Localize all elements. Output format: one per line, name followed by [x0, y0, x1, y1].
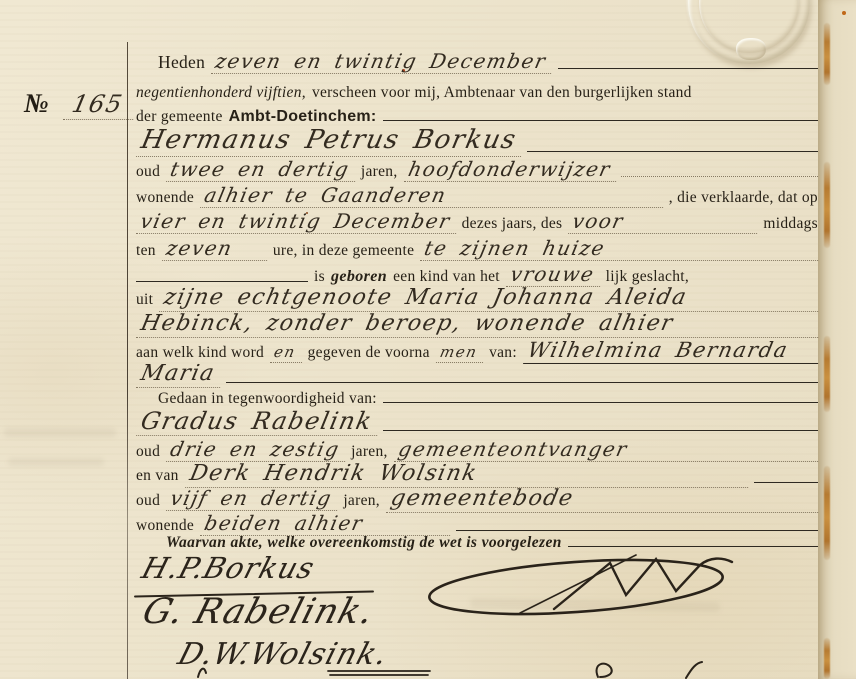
- bleedthrough-mark: [4, 428, 116, 437]
- next-act-partial-strokes: [138, 660, 738, 678]
- signature-declarant: H.P.Borkus: [138, 551, 319, 585]
- handwritten-age: twee en dertig: [166, 158, 360, 182]
- handwritten-child-name-maria: Maria: [136, 362, 225, 388]
- handwritten-date: zeven en twintig December: [211, 50, 557, 74]
- printed-text: der gemeente: [136, 108, 223, 126]
- line-child-names: aan welk kind word en gegeven de voorna …: [136, 339, 818, 364]
- handwritten-birth-date: vier en twintig December: [136, 210, 461, 234]
- rule-filler: [456, 530, 818, 531]
- handwritten-witness2-name: Derk Hendrik Wolsink: [185, 462, 754, 488]
- birth-certificate-page: № 165 Heden zeven en twintig December ne…: [0, 0, 856, 679]
- printed-text: jaren,: [351, 443, 388, 461]
- line-witness2-age-occupation: oud vijf en dertig jaren, gemeentebode: [136, 487, 818, 513]
- binding-stain: [824, 336, 830, 412]
- rule-filler: [754, 482, 818, 483]
- line-witness1-age-occupation: oud drie en zestig jaren, gemeenteontvan…: [136, 438, 818, 462]
- printed-text: oud: [136, 443, 160, 461]
- paper-speck: [842, 11, 846, 15]
- printed-text: jaren,: [361, 163, 398, 181]
- handwritten-witness1-occupation: gemeenteontvanger: [394, 438, 823, 462]
- handwritten-mother-name: zijne echtgenoote Maria Johanna Aleida: [159, 286, 823, 312]
- line-witnesses-heading: Gedaan in tegenwoordigheid van:: [158, 390, 818, 408]
- handwritten-hour: zeven: [162, 237, 272, 261]
- handwritten-plural-en: en: [270, 344, 305, 363]
- printed-text: middags: [763, 215, 818, 233]
- handwritten-child-names: Wilhelmina Bernarda: [523, 339, 823, 364]
- act-number-value: 165: [63, 91, 140, 120]
- binding-stain: [824, 638, 830, 679]
- binding-stain: [824, 466, 830, 560]
- act-number: № 165: [24, 88, 133, 120]
- printed-text: is: [314, 268, 325, 286]
- handwritten-witness1-name: Gradus Rabelink: [136, 408, 383, 436]
- signature-witness1: G. Rabelink.: [138, 592, 379, 632]
- rule-filler: [558, 68, 818, 69]
- binding-stain: [824, 162, 830, 248]
- printed-text: Gedaan in tegenwoordigheid van:: [158, 390, 377, 408]
- line-mother-name-2: Hebinck, zonder beroep, wonende alhier: [136, 312, 818, 338]
- rule-filler: [383, 430, 818, 431]
- line-date-opening: Heden zeven en twintig December: [158, 50, 818, 74]
- printed-text: , die verklaarde, dat op: [669, 189, 818, 207]
- handwritten-witness1-age: drie en zestig: [166, 438, 350, 462]
- printed-text: jaren,: [343, 492, 380, 510]
- line-declarant-age-occupation: oud twee en dertig jaren, hoofdonderwijz…: [136, 158, 818, 182]
- printed-text: oud: [136, 492, 160, 510]
- line-witness1-name: Gradus Rabelink: [136, 408, 818, 436]
- printed-year: negentienhonderd vijftien,: [136, 84, 306, 102]
- numero-sign: №: [24, 88, 49, 119]
- line-birth-date: vier en twintig December dezes jaars, de…: [136, 210, 818, 234]
- printed-text: verscheen voor mij, Ambtenaar van den bu…: [312, 84, 692, 102]
- printed-text: een kind van het: [393, 268, 500, 286]
- printed-text: ure, in deze gemeente: [273, 242, 414, 260]
- printed-geboren: geboren: [331, 268, 387, 286]
- line-residence: wonende alhier te Gaanderen , die verkla…: [136, 184, 818, 208]
- printed-text: van:: [489, 344, 517, 362]
- handwritten-witness2-occupation: gemeentebode: [386, 487, 824, 513]
- printed-text: dezes jaars, des: [462, 215, 563, 233]
- official-signature-flourish: [424, 547, 736, 621]
- printed-text: wonende: [136, 517, 194, 535]
- line-witnesses-residence: wonende beiden alhier: [136, 512, 818, 536]
- line-mother-name-1: uit zijne echtgenoote Maria Johanna Alei…: [136, 286, 818, 312]
- printed-text: Heden: [158, 52, 205, 73]
- bleedthrough-mark: [8, 458, 104, 466]
- handwritten-daypart: voor: [568, 210, 762, 234]
- handwritten-birth-location: te zijnen huize: [420, 237, 823, 261]
- rule-filler: [383, 402, 818, 403]
- line-declarant-name: Hermanus Petrus Borkus: [136, 126, 818, 157]
- municipality-name: Ambt-Doetinchem:: [229, 108, 377, 126]
- line-year-official: negentienhonderd vijftien, verscheen voo…: [136, 84, 818, 102]
- printed-text: oud: [136, 163, 160, 181]
- rule-filler: [136, 281, 308, 282]
- printed-text: gegeven de voorna: [308, 344, 430, 362]
- handwritten-witnesses-residence: beiden alhier: [200, 512, 455, 536]
- line-child-names-cont: Maria: [136, 362, 818, 388]
- printed-text: ten: [136, 242, 156, 260]
- line-child-gender: is geboren een kind van het vrouwe lijk …: [136, 263, 818, 287]
- dotted-filler: [621, 176, 818, 177]
- rule-filler: [383, 120, 818, 121]
- printed-text: uit: [136, 291, 153, 309]
- handwritten-gender: vrouwe: [506, 263, 605, 287]
- line-witness2-name: en van Derk Hendrik Wolsink: [136, 462, 818, 488]
- printed-text: lijk geslacht,: [606, 268, 689, 286]
- handwritten-witness2-age: vijf en dertig: [166, 487, 342, 511]
- handwritten-residence: alhier te Gaanderen: [200, 184, 668, 208]
- handwritten-plural-men: men: [436, 344, 487, 363]
- printed-text: aan welk kind word: [136, 344, 264, 362]
- binding-stain: [824, 23, 830, 85]
- printed-text: wonende: [136, 189, 194, 207]
- handwritten-mother-surname: Hebinck, zonder beroep, wonende alhier: [136, 312, 824, 338]
- handwritten-occupation: hoofdonderwijzer: [404, 158, 621, 182]
- handwritten-declarant-name: Hermanus Petrus Borkus: [136, 126, 527, 157]
- printed-text: en van: [136, 467, 179, 485]
- rule-filler: [527, 151, 818, 152]
- line-municipality: der gemeente Ambt-Doetinchem:: [136, 108, 818, 126]
- rule-filler: [226, 382, 818, 383]
- margin-rule: [127, 42, 128, 679]
- line-birth-hour-place: ten zeven ure, in deze gemeente te zijne…: [136, 237, 818, 261]
